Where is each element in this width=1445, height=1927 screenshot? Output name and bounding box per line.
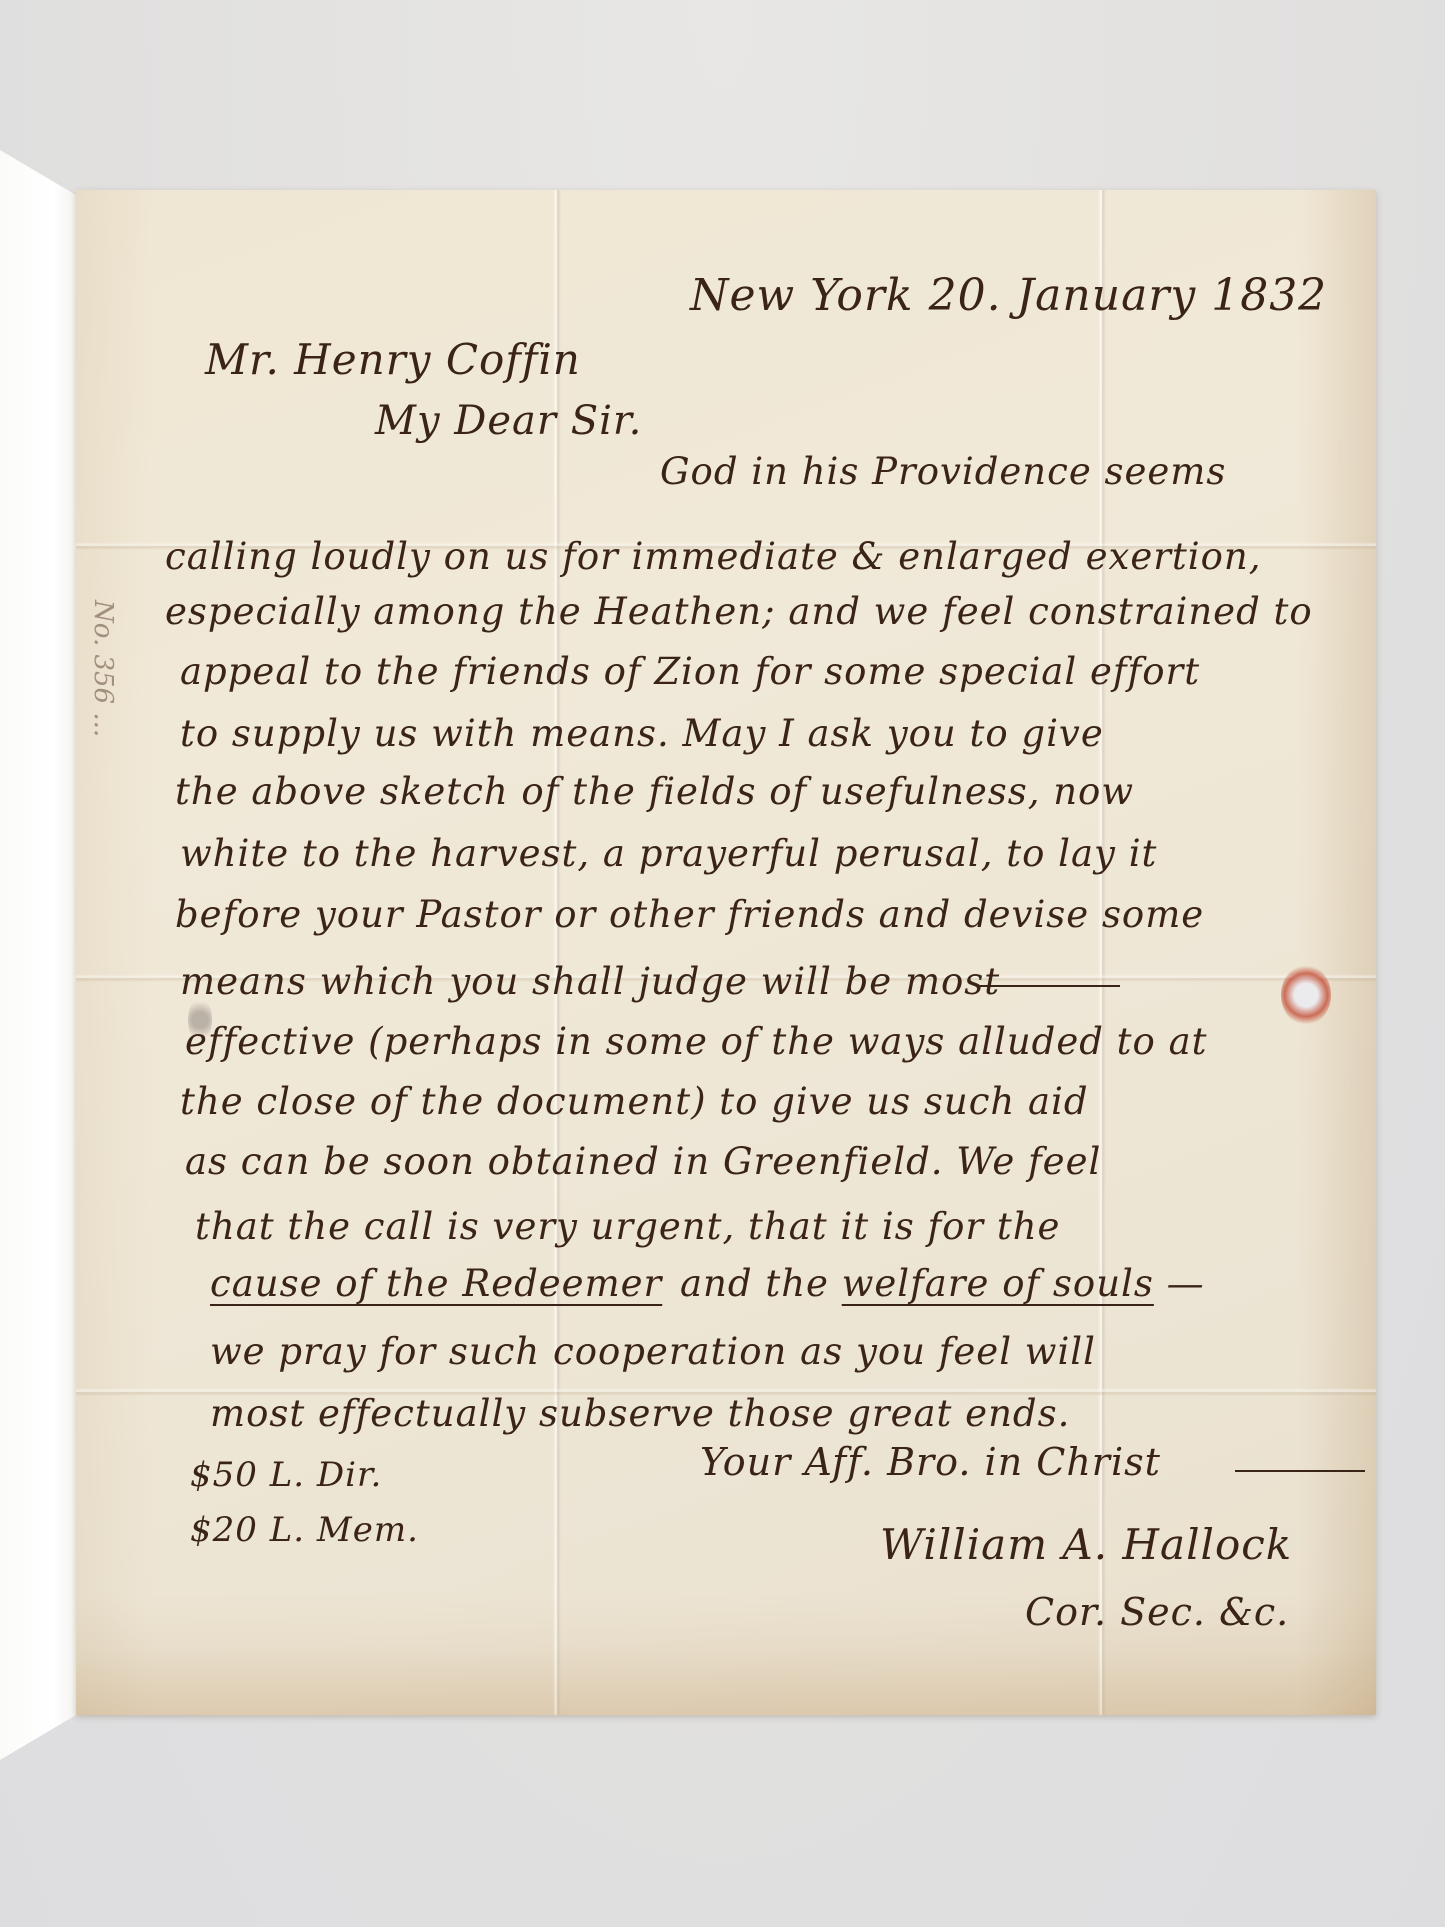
body-line: especially among the Heathen; and we fee… bbox=[165, 590, 1313, 633]
underlined-phrase: cause of the Redeemer bbox=[210, 1262, 662, 1305]
signature: William A. Hallock bbox=[880, 1520, 1292, 1569]
closing-line: Your Aff. Bro. in Christ bbox=[700, 1440, 1161, 1484]
underlined-phrase: welfare of souls bbox=[842, 1262, 1154, 1305]
body-line: we pray for such cooperation as you feel… bbox=[210, 1330, 1096, 1373]
body-line: the close of the document) to give us su… bbox=[180, 1080, 1089, 1123]
line-end-flourish bbox=[980, 985, 1120, 987]
body-line: white to the harvest, a prayerful perusa… bbox=[180, 832, 1157, 875]
body-line: appeal to the friends of Zion for some s… bbox=[180, 650, 1200, 693]
dateline: New York 20. January 1832 bbox=[690, 270, 1327, 321]
marginal-amount: $20 L. Mem. bbox=[190, 1510, 419, 1550]
signature-title: Cor. Sec. &c. bbox=[1025, 1590, 1289, 1634]
body-line-with-underlines: cause of the Redeemer bbox=[210, 1262, 662, 1305]
body-line: to supply us with means. May I ask you t… bbox=[180, 712, 1104, 755]
body-line: effective (perhaps in some of the ways a… bbox=[185, 1020, 1208, 1063]
recipient-name: Mr. Henry Coffin bbox=[205, 335, 581, 384]
body-line: before your Pastor or other friends and … bbox=[175, 893, 1204, 936]
body-line: God in his Providence seems bbox=[660, 450, 1226, 493]
body-line-continued: and the welfare of souls — bbox=[680, 1262, 1205, 1305]
margin-pencil-note: No. 356 ... bbox=[88, 600, 118, 737]
body-text-fragment: and the bbox=[680, 1262, 842, 1305]
body-line: the above sketch of the fields of useful… bbox=[175, 770, 1134, 813]
marginal-amount: $50 L. Dir. bbox=[190, 1455, 382, 1495]
red-wax-stain bbox=[1281, 965, 1331, 1025]
body-line: calling loudly on us for immediate & enl… bbox=[165, 535, 1262, 578]
body-line: that the call is very urgent, that it is… bbox=[195, 1205, 1060, 1248]
body-line: means which you shall judge will be most bbox=[180, 960, 1000, 1003]
salutation: My Dear Sir. bbox=[375, 398, 642, 444]
vertical-fold-crease bbox=[1098, 190, 1106, 1715]
body-line: as can be soon obtained in Greenfield. W… bbox=[185, 1140, 1101, 1183]
edge-toning bbox=[76, 1650, 1376, 1715]
closing-flourish bbox=[1235, 1470, 1365, 1472]
body-text-fragment: — bbox=[1154, 1262, 1205, 1305]
body-line: most effectually subserve those great en… bbox=[210, 1392, 1070, 1435]
album-left-page-edge bbox=[0, 150, 76, 1760]
